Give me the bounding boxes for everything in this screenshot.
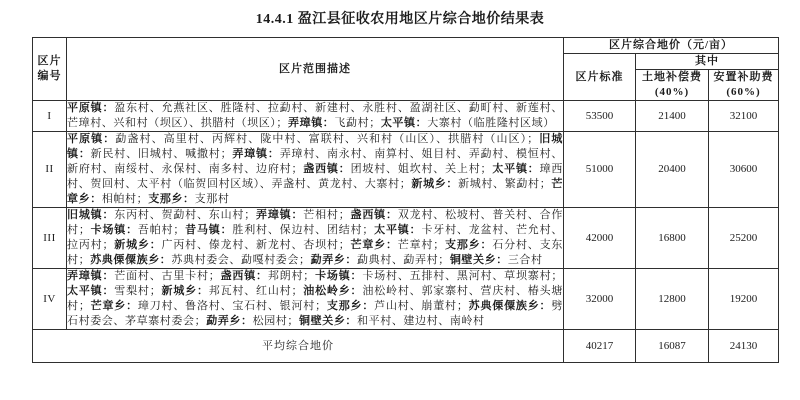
village-list: 璋刀村、鲁洛村、宝石村、银河村； xyxy=(138,300,327,312)
header-zone-number-line1: 区片 xyxy=(33,54,66,69)
zone-number: I xyxy=(33,101,67,132)
zone-standard-price: 32000 xyxy=(564,269,636,330)
town-name: 铜壁关乡： xyxy=(450,254,508,266)
header-resettlement-subsidy: 安置补助费 (60%) xyxy=(709,70,779,101)
land-compensation-value: 20400 xyxy=(636,132,709,208)
land-compensation-value: 16800 xyxy=(636,208,709,269)
header-zone-number-line2: 编号 xyxy=(33,69,66,84)
town-name: 芒章乡： xyxy=(350,239,397,251)
village-list: 邦朗村； xyxy=(268,270,315,282)
header-resettlement-subsidy-line2: (60%) xyxy=(709,85,778,100)
zone-number: II xyxy=(33,132,67,208)
village-list: 相帕村； xyxy=(102,193,148,205)
village-list: 东丙村、贺勐村、东山村； xyxy=(114,209,256,221)
zone-standard-price: 42000 xyxy=(564,208,636,269)
town-name: 太平镇： xyxy=(374,224,421,236)
header-resettlement-subsidy-line1: 安置补助费 xyxy=(709,70,778,85)
village-list: 芒面村、古里卡村； xyxy=(114,270,220,282)
village-list: 芦山村、崩董村； xyxy=(374,300,468,312)
town-name: 盏西镇： xyxy=(220,270,267,282)
town-name: 勐弄乡： xyxy=(311,254,357,266)
town-name: 新城乡： xyxy=(161,285,208,297)
average-label: 平均综合地价 xyxy=(33,330,564,363)
header-zone-number: 区片 编号 xyxy=(33,38,67,101)
land-compensation-value: 21400 xyxy=(636,101,709,132)
town-name: 昔马镇： xyxy=(185,224,232,236)
town-name: 支那乡： xyxy=(148,193,194,205)
village-list: 勐典村、勐弄村； xyxy=(357,254,450,266)
village-list: 雪梨村； xyxy=(114,285,161,297)
town-name: 苏典傈僳族乡： xyxy=(468,300,551,312)
town-name: 支那乡： xyxy=(445,239,492,251)
town-name: 平原镇： xyxy=(67,102,114,114)
town-name: 苏典傈僳族乡： xyxy=(90,254,171,266)
town-name: 旧城镇： xyxy=(67,209,114,221)
land-price-table: 区片 编号 区片范围描述 区片综合地价（元/亩） 区片标准 其中 土地补偿费 (… xyxy=(32,37,779,363)
header-land-compensation: 土地补偿费 (40%) xyxy=(636,70,709,101)
village-list: 三合村 xyxy=(508,254,543,266)
document-title: 14.4.1 盈江县征收农用地区片综合地价结果表 xyxy=(0,0,800,28)
town-name: 铜壁关乡： xyxy=(299,315,357,327)
zone-description: 弄璋镇：芒面村、古里卡村；盏西镇：邦朗村；卡场镇：卡场村、五排村、黑河村、草坝寨… xyxy=(67,269,564,330)
table-row: II平原镇：勐盏村、高里村、丙辉村、陇中村、富联村、兴和村（山区）、拱腊村（山区… xyxy=(33,132,779,208)
town-name: 太平镇： xyxy=(381,117,427,129)
table-row: IV弄璋镇：芒面村、古里卡村；盏西镇：邦朗村；卡场镇：卡场村、五排村、黑河村、草… xyxy=(33,269,779,330)
resettlement-subsidy-value: 32100 xyxy=(709,101,779,132)
table-body: I平原镇：盈东村、允燕社区、胜隆村、拉勐村、新建村、永胜村、盈湖社区、勐町村、新… xyxy=(33,101,779,330)
town-name: 卡场镇： xyxy=(90,224,137,236)
village-list: 和平村、建边村、南岭村 xyxy=(357,315,485,327)
table-footer: 平均综合地价 40217 16087 24130 xyxy=(33,330,779,363)
table-row: I平原镇：盈东村、允燕社区、胜隆村、拉勐村、新建村、永胜村、盈湖社区、勐町村、新… xyxy=(33,101,779,132)
town-name: 盏西镇： xyxy=(350,209,397,221)
village-list: 吾帕村； xyxy=(138,224,185,236)
zone-number: IV xyxy=(33,269,67,330)
town-name: 平原镇： xyxy=(67,133,115,145)
village-list: 勐盏村、高里村、丙辉村、陇中村、富联村、兴和村（山区）、拱腊村（山区）； xyxy=(115,133,538,145)
table-header: 区片 编号 区片范围描述 区片综合地价（元/亩） 区片标准 其中 土地补偿费 (… xyxy=(33,38,779,101)
town-name: 新城乡： xyxy=(114,239,161,251)
header-comprehensive-price: 区片综合地价（元/亩） xyxy=(564,38,779,54)
town-name: 弄璋镇： xyxy=(256,209,303,221)
town-name: 支那乡： xyxy=(327,300,374,312)
header-zone-description: 区片范围描述 xyxy=(67,38,564,101)
resettlement-subsidy-value: 25200 xyxy=(709,208,779,269)
town-name: 盏西镇： xyxy=(303,163,350,175)
table-row: III旧城镇：东丙村、贺勐村、东山村；弄璋镇：芒相村；盏西镇：双龙村、松坡村、普… xyxy=(33,208,779,269)
zone-description: 平原镇：盈东村、允燕社区、胜隆村、拉勐村、新建村、永胜村、盈湖社区、勐町村、新莲… xyxy=(67,101,564,132)
village-list: 芒相村； xyxy=(303,209,350,221)
village-list: 飞勐村； xyxy=(334,117,380,129)
village-list: 卡场村、五排村、黑河村、草坝寨村； xyxy=(362,270,563,282)
village-list: 支那村 xyxy=(195,193,230,205)
zone-standard-price: 51000 xyxy=(564,132,636,208)
town-name: 弄璋镇： xyxy=(288,117,334,129)
village-list: 大寨村（临胜隆村区域） xyxy=(427,117,555,129)
header-among-which: 其中 xyxy=(636,54,779,70)
town-name: 太平镇： xyxy=(492,163,539,175)
page: 14.4.1 盈江县征收农用地区片综合地价结果表 区片 编号 区片范围描述 区片… xyxy=(0,0,800,400)
header-zone-standard: 区片标准 xyxy=(564,54,636,101)
village-list: 松园村； xyxy=(253,315,299,327)
zone-number: III xyxy=(33,208,67,269)
town-name: 卡场镇： xyxy=(315,270,362,282)
resettlement-subsidy-value: 30600 xyxy=(709,132,779,208)
land-compensation-value: 12800 xyxy=(636,269,709,330)
town-name: 芒章乡： xyxy=(90,300,137,312)
town-name: 弄璋镇： xyxy=(232,148,279,160)
town-name: 油松岭乡： xyxy=(303,285,362,297)
town-name: 太平镇： xyxy=(67,285,114,297)
village-list: 新城村、繁勐村； xyxy=(458,178,551,190)
town-name: 勐弄乡： xyxy=(206,315,252,327)
average-standard: 40217 xyxy=(564,330,636,363)
village-list: 新民村、旧城村、喊撒村； xyxy=(91,148,233,160)
zone-description: 旧城镇：东丙村、贺勐村、东山村；弄璋镇：芒相村；盏西镇：双龙村、松坡村、普关村、… xyxy=(67,208,564,269)
town-name: 新城乡： xyxy=(411,178,458,190)
average-resettlement-subsidy: 24130 xyxy=(709,330,779,363)
village-list: 邦瓦村、红山村； xyxy=(209,285,303,297)
village-list: 团坡村、姐坎村、关上村； xyxy=(351,163,493,175)
village-list: 苏典村委会、勐嘎村委会； xyxy=(171,254,310,266)
zone-standard-price: 53500 xyxy=(564,101,636,132)
resettlement-subsidy-value: 19200 xyxy=(709,269,779,330)
average-land-compensation: 16087 xyxy=(636,330,709,363)
village-list: 胜利村、保边村、团结村； xyxy=(232,224,374,236)
average-row: 平均综合地价 40217 16087 24130 xyxy=(33,330,779,363)
zone-description: 平原镇：勐盏村、高里村、丙辉村、陇中村、富联村、兴和村（山区）、拱腊村（山区）；… xyxy=(67,132,564,208)
village-list: 芒章村； xyxy=(398,239,445,251)
header-land-compensation-line1: 土地补偿费 xyxy=(636,70,708,85)
village-list: 广丙村、傣龙村、新龙村、杏坝村； xyxy=(162,239,351,251)
town-name: 弄璋镇： xyxy=(67,270,114,282)
header-land-compensation-line2: (40%) xyxy=(636,85,708,100)
